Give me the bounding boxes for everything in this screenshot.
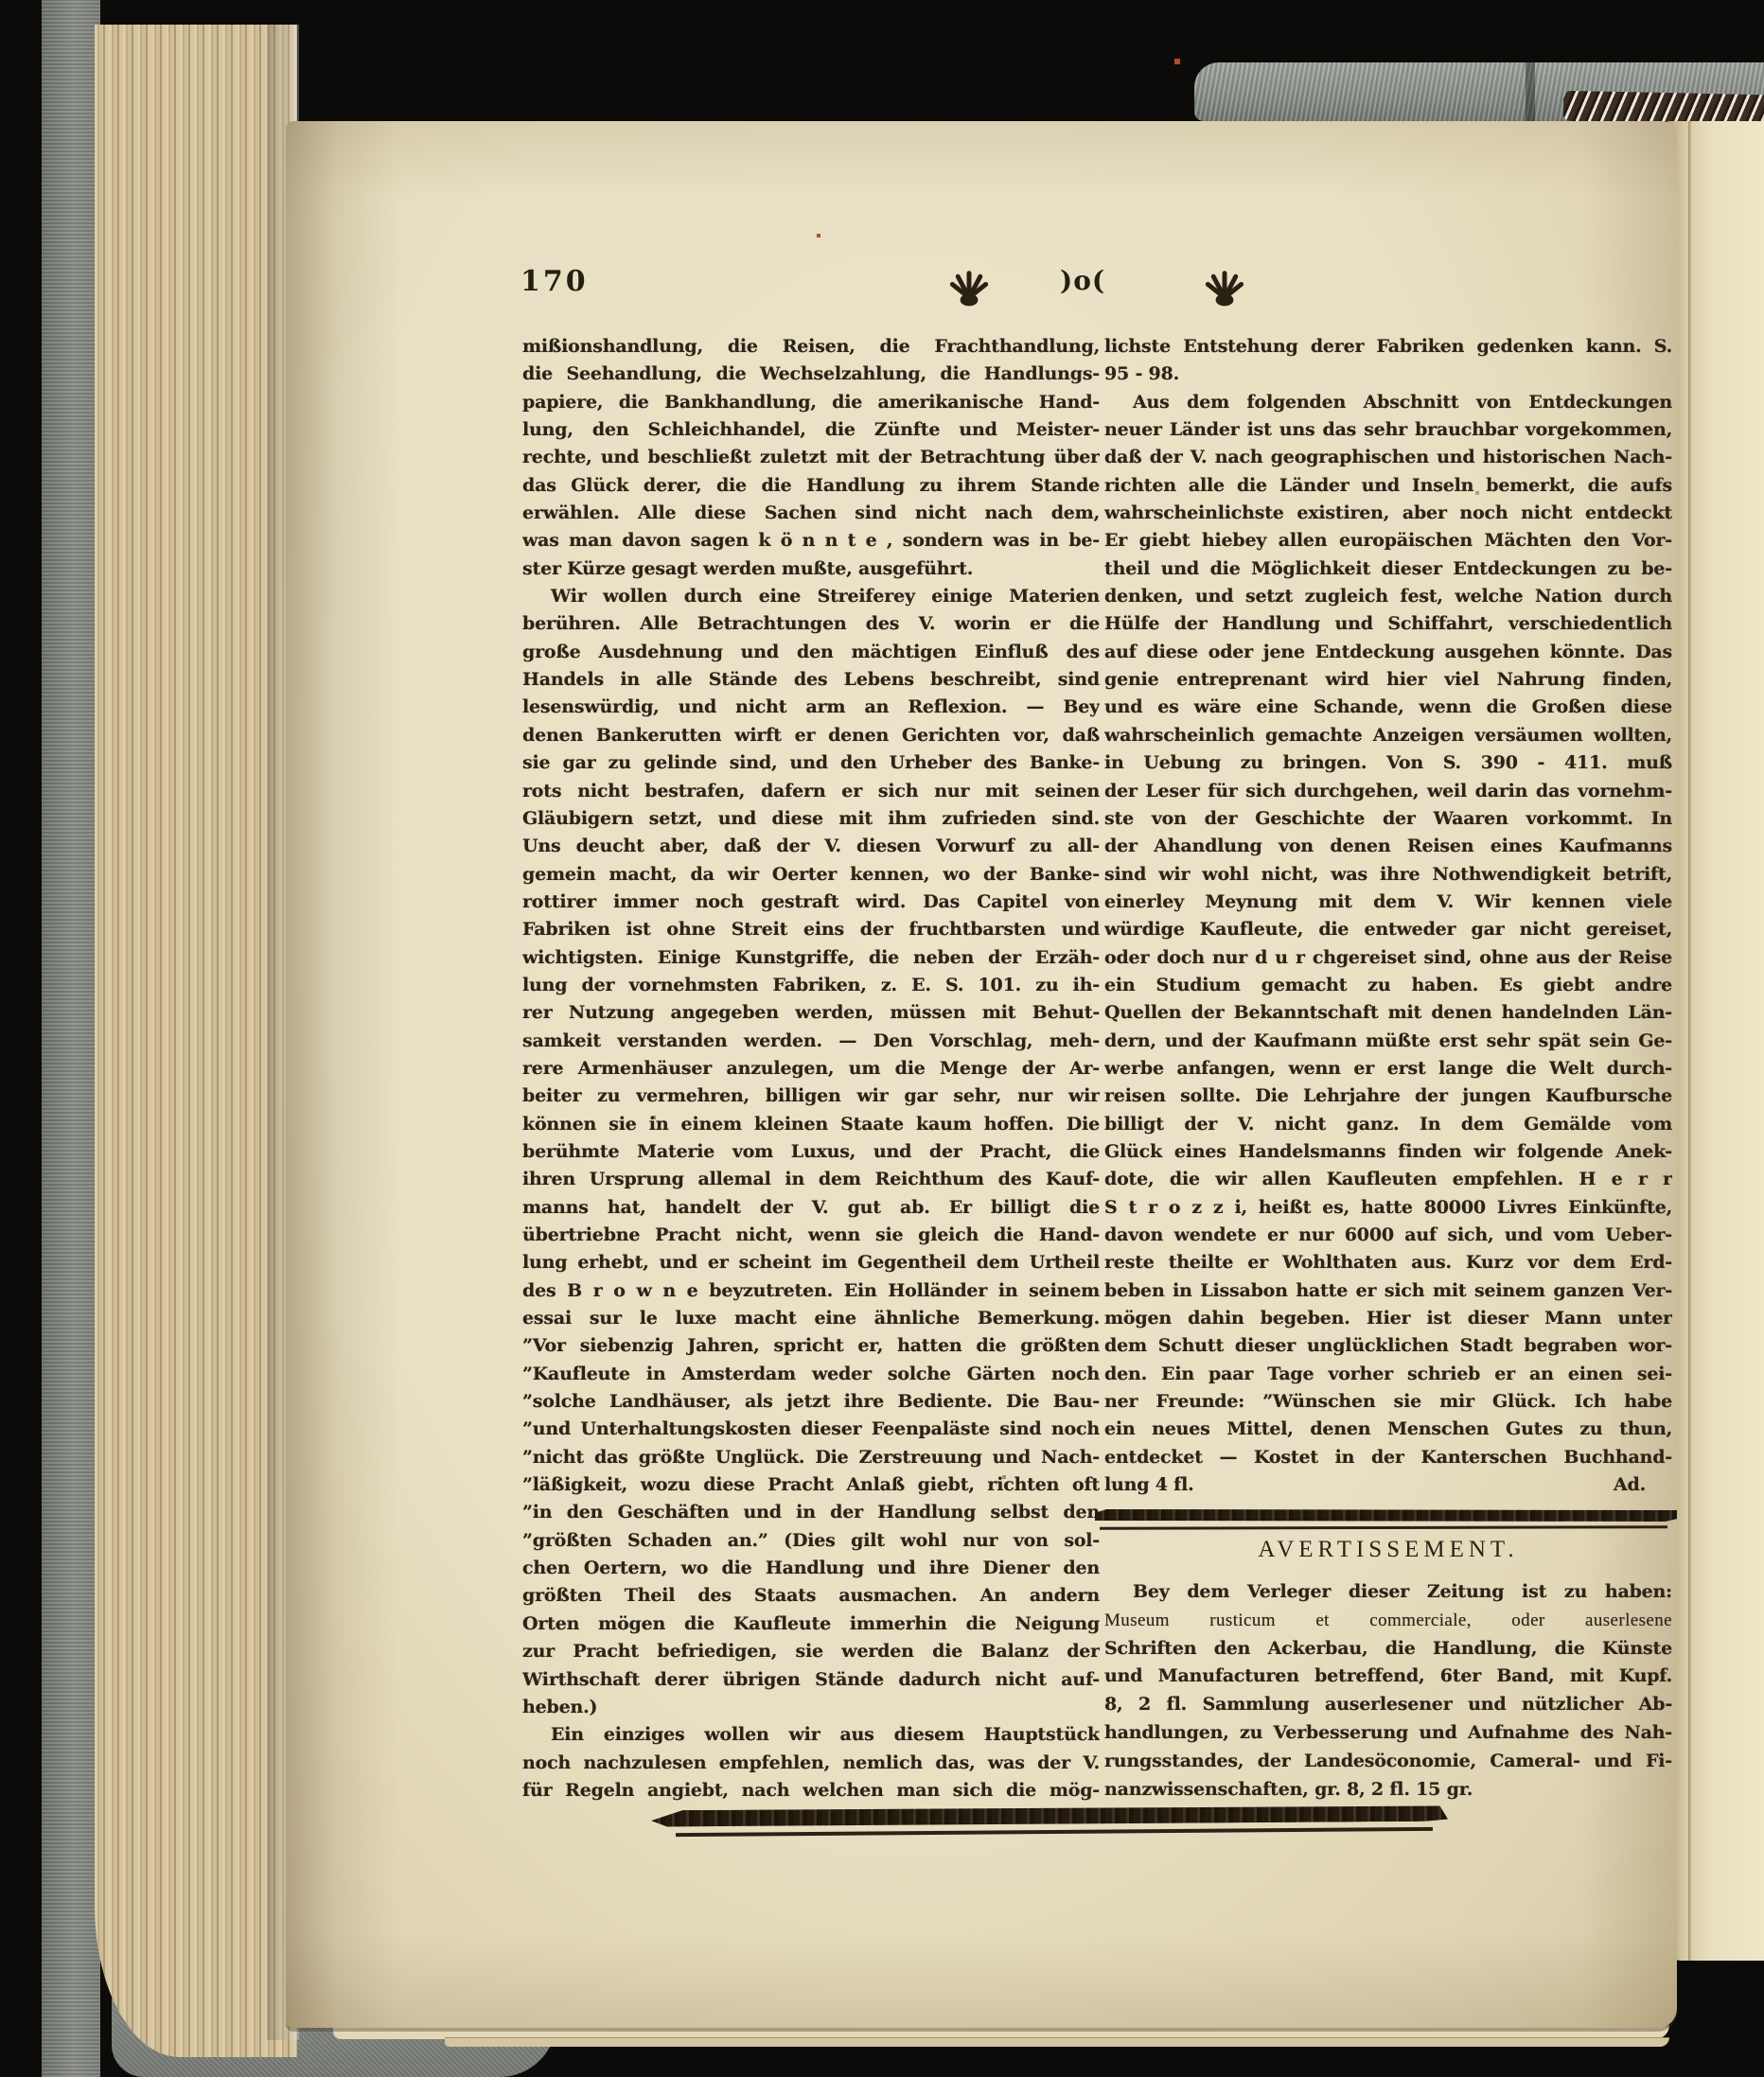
left-text-column: mißionshandlung, die Reisen, die Frachth… [522,333,1100,1804]
text-line: ”und Unterhaltungskosten dieser Feenpalä… [522,1416,1100,1443]
text-line: Hülfe der Handlung und Schiffahrt, versc… [1104,610,1672,638]
text-line: denken, und setzt zugleich fest, welche … [1104,583,1672,610]
text-line: essai sur le luxe macht eine ähnliche Be… [522,1305,1100,1332]
text-line: richten alle die Länder und Inseln bemer… [1104,472,1672,500]
text-line: ihren Ursprung allemal in dem Reichthum … [522,1166,1100,1193]
text-line: die Seehandlung, die Wechselzahlung, die… [522,361,1100,388]
text-line: und es wäre eine Schande, wenn die Große… [1104,694,1672,721]
text-line: Schriften den Ackerbau, die Handlung, di… [1104,1635,1672,1663]
text-line: lesenswürdig, und nicht arm an Reflexion… [522,694,1100,721]
text-line: ”nicht das größte Unglück. Die Zerstreuu… [522,1444,1100,1471]
text-line: sie gar zu gelinde sind, und den Urheber… [522,749,1100,777]
text-line: noch nachzulesen empfehlen, nemlich das,… [522,1750,1100,1777]
text-line: beiter zu vermehren, billigen wir gar se… [522,1083,1100,1110]
text-line: neuer Länder ist uns das sehr brauchbar … [1104,416,1672,444]
paper-foxing-specks [0,0,2,2]
text-line: ”Kaufleute in Amsterdam weder solche Gär… [522,1361,1100,1388]
text-line: oder doch nur d u r chgereiset sind, ohn… [1104,944,1672,972]
text-line: dern, und der Kaufmann müßte erst sehr s… [1104,1028,1672,1055]
shell-fleuron-icon [946,269,992,307]
text-line: rungsstandes, der Landesöconomie, Camera… [1104,1748,1672,1776]
text-line: der Ahandlung von denen Reisen eines Kau… [1104,833,1672,860]
text-line: Uns deucht aber, daß der V. diesen Vorwu… [522,833,1100,860]
text-line: Wir wollen durch eine Streiferey einige … [522,583,1100,610]
text-line: manns hat, handelt der V. gut ab. Er bil… [522,1194,1100,1222]
page-content: 170 )o( [286,121,1677,2028]
text-line: sind wir wohl nicht, was ihre Nothwendig… [1104,861,1672,889]
text-line: Gläubigern setzt, und diese mit ihm zufr… [522,805,1100,833]
text-line: ”in den Geschäften und in der Handlung s… [522,1499,1100,1526]
text-line: handlungen, zu Verbesserung und Aufnahme… [1104,1719,1672,1748]
text-line: reste theilte er Wohlthaten aus. Kurz vo… [1104,1249,1672,1276]
text-line: wahrscheinlichste existiren, aber noch n… [1104,500,1672,527]
text-line: größten Theil des Staats ausmachen. An a… [522,1582,1100,1610]
text-line: erwählen. Alle diese Sachen sind nicht n… [522,500,1100,527]
text-line: davon wendete er nur 6000 auf sich, und … [1104,1222,1672,1249]
text-line: Glück eines Handelsmanns finden wir folg… [1104,1138,1672,1166]
text-line: theil und die Möglichkeit dieser Entdeck… [1104,555,1672,583]
text-line: übertriebne Pracht nicht, wenn sie gleic… [522,1222,1100,1249]
text-line: rots nicht bestrafen, dafern er sich nur… [522,778,1100,805]
text-line: berühren. Alle Betrachtungen des V. wori… [522,610,1100,638]
header-divider: )o( [1060,265,1105,296]
text-line: 95 - 98. [1104,361,1672,388]
text-line: ste von der Geschichte der Waaren vorkom… [1104,805,1672,833]
text-line: papiere, die Bankhandlung, die amerikani… [522,389,1100,416]
text-line: zur Pracht befriedigen, sie werden die B… [522,1638,1100,1665]
text-line: daß der V. nach geographischen und histo… [1104,444,1672,471]
reviewer-initials: Ad. [1614,1471,1672,1499]
text-line: des B r o w n e beyzutreten. Ein Holländ… [522,1277,1100,1305]
headband-stitching [1563,91,1764,125]
section-rule-thick [1095,1509,1677,1522]
text-line: lung, den Schleichhandel, die Zünfte und… [522,416,1100,444]
text-line: würdige Kaufleute, die entweder gar nich… [1104,916,1672,943]
text-line: samkeit verstanden werden. — Den Vorschl… [522,1028,1100,1055]
text-line: Handels in alle Stände des Lebens beschr… [522,666,1100,694]
text-line: nanzwissenschaften, gr. 8, 2 fl. 15 gr. [1104,1776,1672,1804]
text-line: lung der vornehmsten Fabriken, z. E. S. … [522,972,1100,999]
text-line: mißionshandlung, die Reisen, die Frachth… [522,333,1100,361]
text-line: Fabriken ist ohne Streit eins der frucht… [522,916,1100,943]
text-line: heben.) [522,1694,1100,1721]
text-line: Quellen der Bekanntschaft mit denen hand… [1104,999,1672,1027]
text-line: Museum rusticum et commerciale, oder aus… [1104,1607,1672,1635]
headcap-seam [1526,62,1535,121]
text-line: Orten mögen die Kaufleute immerhin die N… [522,1611,1100,1638]
page-bottom-rule-thick [651,1804,1448,1828]
text-line: Bey dem Verleger dieser Zeitung ist zu h… [1104,1578,1672,1607]
text-line: genie entreprenant wird hier viel Nahrun… [1104,666,1672,694]
text-line: auf diese oder jene Entdeckung ausgehen … [1104,639,1672,666]
text-line: große Ausdehnung und den mächtigen Einfl… [522,639,1100,666]
text-line: rechte, und beschließt zuletzt mit der B… [522,444,1100,471]
text-line: Aus dem folgenden Abschnitt von Entdecku… [1104,389,1672,416]
book-cover-edge [42,0,100,2077]
text-line: lung erhebt, und er scheint im Gegenthei… [522,1249,1100,1276]
text-line: der Leser für sich durchgehen, weil dari… [1104,778,1672,805]
text-line: dem Schutt dieser unglücklichen Stadt be… [1104,1332,1672,1360]
text-line: ”Vor siebenzig Jahren, spricht er, hatte… [522,1332,1100,1360]
text-line: ster Kürze gesagt werden mußte, ausgefüh… [522,555,1100,583]
text-line: können sie in einem kleinen Staate kaum … [522,1111,1100,1138]
text-line: rottirer immer noch gestraft wird. Das C… [522,889,1100,916]
text-line: Wirthschaft derer übrigen Stände dadurch… [522,1666,1100,1694]
fore-edge-page-stack [1667,121,1764,1961]
avertissement-title: AVERTISSEMENT. [1104,1537,1672,1563]
page-number: 170 [520,265,589,298]
text-line: rer Nutzung angegeben werden, müssen mit… [522,999,1100,1027]
text-line: berühmte Materie vom Luxus, und der Prac… [522,1138,1100,1166]
text-line: ”größten Schaden an.” (Dies gilt wohl nu… [522,1527,1100,1555]
text-line: S t r o z z i, heißt es, hatte 80000 Liv… [1104,1194,1672,1222]
text-line: Ein einziges wollen wir aus diesem Haupt… [522,1721,1100,1749]
book-scan-scene: 170 )o( [0,0,1764,2077]
text-line: mögen dahin begeben. Hier ist dieser Man… [1104,1305,1672,1332]
text-line: wahrscheinlich gemachte Anzeigen versäum… [1104,722,1672,749]
right-text-column: lichste Entstehung derer Fabriken gedenk… [1104,333,1672,1471]
page-bottom-rule-thin [676,1827,1433,1837]
text-line: ner Freunde: ”Wünschen sie mir Glück. Ic… [1104,1388,1672,1416]
text-line: dote, die wir allen Kaufleuten empfehlen… [1104,1166,1672,1193]
text-line: denen Bankerutten wirft er denen Gericht… [522,722,1100,749]
text-line: billigt der V. nicht ganz. In dem Gemäld… [1104,1111,1672,1138]
text-line: gemein macht, da wir Oerter kennen, wo d… [522,861,1100,889]
text-line: ein neues Mittel, denen Menschen Gutes z… [1104,1416,1672,1443]
text-line: in Uebung zu bringen. Von S. 390 - 411. … [1104,749,1672,777]
text-line: ein Studium gemacht zu haben. Es giebt a… [1104,972,1672,999]
text-line: chen Oertern, wo die Handlung und ihre D… [522,1555,1100,1582]
text-line: das Glück derer, die die Handlung zu ihr… [522,472,1100,500]
text-line: reisen sollte. Die Lehrjahre der jungen … [1104,1083,1672,1110]
text-line: einerley Meynung mit dem V. Wir kennen v… [1104,889,1672,916]
text-line: Er giebt hiebey allen europäischen Mächt… [1104,527,1672,554]
text-line: und Manufacturen betreffend, 6ter Band, … [1104,1663,1672,1691]
text-line: ”läßigkeit, wozu diese Pracht Anlaß gieb… [522,1471,1100,1499]
signature-row: lung 4 fl. Ad. [1104,1471,1672,1499]
avertissement-text: Bey dem Verleger dieser Zeitung ist zu h… [1104,1578,1672,1804]
text-line: den. Ein paar Tage vorher schrieb er an … [1104,1361,1672,1388]
text-line: werbe anfangen, wenn er erst lange die W… [1104,1055,1672,1083]
section-rule-thin [1100,1525,1667,1530]
signature-left-text: lung 4 fl. [1104,1471,1194,1499]
text-line: entdecket — Kostet in der Kanterschen Bu… [1104,1444,1672,1471]
text-line: für Regeln angiebt, nach welchen man sic… [522,1777,1100,1804]
text-line: beben in Lissabon hatte er sich mit sein… [1104,1277,1672,1305]
text-line: ”solche Landhäuser, als jetzt ihre Bedie… [522,1388,1100,1416]
text-line: wichtigsten. Einige Kunstgriffe, die neb… [522,944,1100,972]
underlying-page-edge [445,2037,1669,2047]
text-line: was man davon sagen k ö n n t e , sonder… [522,527,1100,554]
shell-fleuron-icon [1202,269,1247,307]
text-line: lichste Entstehung derer Fabriken gedenk… [1104,333,1672,361]
text-line: 8, 2 fl. Sammlung auserlesener und nützl… [1104,1691,1672,1719]
text-line: rere Armenhäuser anzulegen, um die Menge… [522,1055,1100,1083]
